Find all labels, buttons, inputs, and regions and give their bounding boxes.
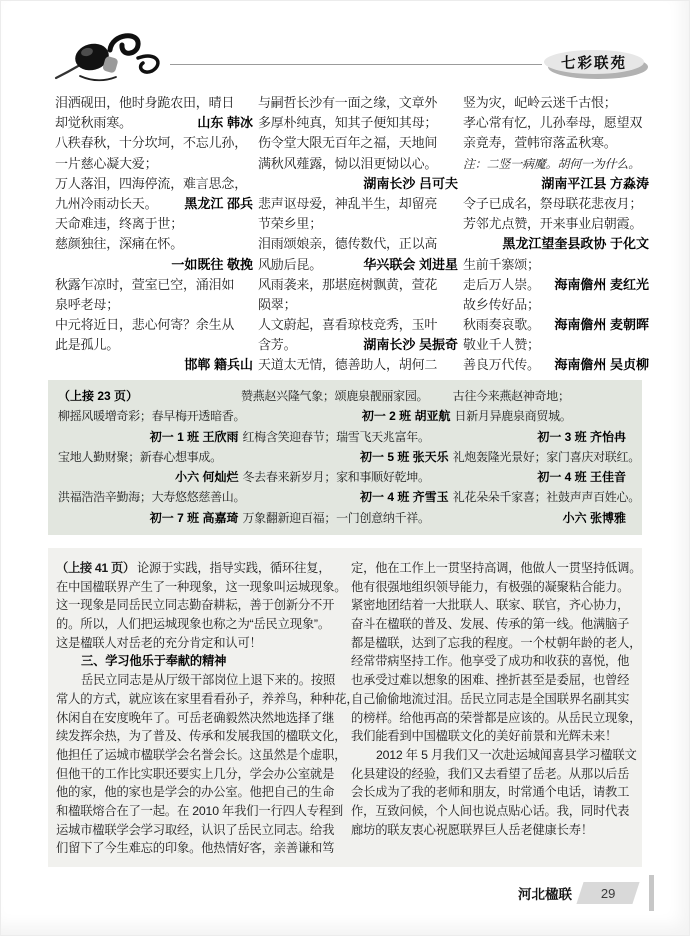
- text-line: 这一现象是同岳民立同志勤奋耕耘，善于创新分不开: [56, 595, 343, 614]
- line-text: 但他干的工作比实职还要实上几分，学会办公室就是: [56, 764, 334, 782]
- line-text: 他担任了运城市楹联学会名誉会长。这虽然是个虚职，: [56, 745, 346, 763]
- green-row: 初一 1 班 王欣雨红梅含笑迎春节；瑞雪飞天兆富年。初一 3 班 齐怡冉: [58, 428, 630, 448]
- text-line: 人文蔚起，喜看琼枝竞秀，玉叶: [258, 315, 458, 335]
- text-line: 与嗣哲长沙有一面之缘，文章外: [258, 93, 458, 113]
- line-text: 中元将近日，悲心何寄？余生从: [55, 315, 234, 335]
- text-line: 天道太无情，德善助人，胡何二: [258, 355, 458, 375]
- text-line: 竖为灾，屺岭云迷千古恨；: [463, 93, 649, 113]
- line-text: 节荣乡里；: [258, 214, 322, 234]
- text-line: 岳民立同志是从厅级干部岗位上退下来的。按照: [56, 670, 343, 689]
- page-number-tab: 29: [576, 882, 639, 904]
- line-text: 风励后昆。: [258, 255, 322, 275]
- text-line: 经常带病坚持工作。他享受了成功和收获的喜悦，他: [351, 651, 638, 670]
- line-text: 的榜样。给他再高的荣誉都是应该的。从岳民立现象，: [351, 708, 641, 726]
- article-box: （上接 41 页） 论源于实践，指导实践，循环往复，在中国楹联界产生了一种现象，…: [48, 548, 642, 867]
- line-text: 慈颜独往，深痛在怀。: [55, 234, 183, 254]
- line-text: 九州冷雨动长天。: [55, 194, 157, 214]
- text-line: 我们能看到中国楹联文化的美好前景和光辉未来！: [351, 726, 638, 745]
- class-attribution: 初一 5 班 张天乐: [239, 448, 453, 465]
- journal-title: 河北楹联: [518, 883, 572, 903]
- line-text: 人文蔚起，喜看琼枝竞秀，玉叶: [258, 315, 437, 335]
- text-line: 常人的方式，就应该在家里看看孙子，养养鸟，种种花，: [56, 689, 343, 708]
- line-text: 天道太无情，德善助人，胡何二: [258, 355, 437, 375]
- text-line: 廊坊的联友衷心祝愿联界巨人岳老健康长寿！: [351, 820, 638, 839]
- line-text: 他有很强地组织领导能力，有极强的凝聚粘合能力。: [351, 577, 629, 595]
- line-text: 奋斗在楹联的普及、发展、传承的第一线。他满脑子: [351, 614, 629, 632]
- line-text: 他的家，他的家也是学会的办公室。他把自己的生命: [56, 782, 334, 800]
- text-line: 风雨袭来，那堪庭树飘黄，萱花: [258, 275, 458, 295]
- section-badge-label: 七彩联苑: [561, 52, 627, 73]
- line-text: 伤令堂大限无百年之福，天地间: [258, 133, 437, 153]
- couplet-column-3: 竖为灾，屺岭云迷千古恨；孝心常有忆，儿孙奉母，愿望双亲竟寿，萱帏帘落孟秋寒。注：…: [463, 93, 649, 376]
- line-text: 化县建设的经验，我们又去看望了岳老。从那以后岳: [351, 764, 629, 782]
- text-line: 慈颜独往，深痛在怀。: [55, 234, 253, 254]
- green-row: 宝地人勤财聚；新春心想事成。初一 5 班 张天乐礼炮轰隆光景好；家门喜庆对联红。: [58, 448, 630, 468]
- text-line: 三、学习他乐于奉献的精神: [56, 651, 343, 670]
- text-line: 他的家，他的家也是学会的办公室。他把自己的生命: [56, 782, 343, 801]
- text-line: 化县建设的经验，我们又去看望了岳老。从那以后岳: [351, 764, 638, 783]
- article-column-left: （上接 41 页） 论源于实践，指导实践，循环往复，在中国楹联界产生了一种现象，…: [56, 558, 343, 857]
- author-attribution: 山东 韩冰: [197, 113, 253, 133]
- text-line: 芳邻尤点赞，开来事业启朝霞。: [463, 214, 649, 234]
- text-line: 会长成为了我的老师和朋友，时常通个电话，请教工: [351, 782, 638, 801]
- text-line: 令子已成名，祭母联花悲夜月；: [463, 194, 649, 214]
- couplet-text: 礼炮轰隆光景好；家门喜庆对联红。: [453, 448, 630, 465]
- line-text: 我们能看到中国楹联文化的美好前景和光辉未来！: [351, 726, 617, 744]
- line-text: 续发挥余热，为了普及、传承和发展我国的楹联文化，: [56, 726, 346, 744]
- couplet-column-1: 泪洒砚田，他时身跪农田，晴日却觉秋雨寒。山东 韩冰八秩春秋，十分坎坷，不忘儿孙，…: [55, 93, 253, 376]
- line-text: 此是孤儿。: [55, 335, 119, 355]
- text-line: 含芳。湖南长沙 吴振奇: [258, 335, 458, 355]
- class-attribution: 初一 3 班 齐怡冉: [451, 428, 630, 445]
- text-line: 却觉秋雨寒。山东 韩冰: [55, 113, 253, 133]
- line-text: 泪洒砚田，他时身跪农田，晴日: [55, 93, 234, 113]
- line-text: 紧密地团结着一大批联人、联家、联官，齐心协力，: [351, 595, 629, 613]
- text-line: 善良万代传。海南儋州 吴贞柳: [463, 355, 649, 375]
- text-line: 他担任了运城市楹联学会名誉会长。这虽然是个虚职，: [56, 745, 343, 764]
- author-attribution: 海南儋州 吴贞柳: [554, 355, 649, 375]
- text-line: 续发挥余热，为了普及、传承和发展我国的楹联文化，: [56, 726, 343, 745]
- line-text: 多厚朴纯真，知其子便知其母；: [258, 113, 437, 133]
- line-text: 论源于实践，指导实践，循环往复，: [137, 558, 331, 576]
- text-line: 但他干的工作比实职还要实上几分，学会办公室就是: [56, 764, 343, 783]
- text-line: 秋雨奏哀歌。海南儋州 麦朝晖: [463, 315, 649, 335]
- line-text: 善良万代传。: [463, 355, 540, 375]
- continued-from-label: （上接 23 页）: [58, 387, 241, 404]
- author-attribution: 湖南平江县 方淼涛: [541, 174, 649, 194]
- text-line: 的榜样。给他再高的荣誉都是应该的。从岳民立现象，: [351, 708, 638, 727]
- text-line: 在中国楹联界产生了一种现象，这一现象叫运城现象。: [56, 577, 343, 596]
- text-line: 们留下了今生难忘的印象。他热情好客，亲善谦和笃: [56, 838, 343, 857]
- text-line: 休闲自在安度晚年了。可岳老确毅然决然地选择了继: [56, 708, 343, 727]
- text-line: 的。所以，人们把运城现象也称之为“岳民立现象”。: [56, 614, 343, 633]
- author-attribution: 海南儋州 麦红光: [554, 275, 649, 295]
- line-text: 廊坊的联友衷心祝愿联界巨人岳老健康长寿！: [351, 820, 593, 838]
- line-text: 这是楹联人对岳老的充分肯定和认可！: [56, 633, 262, 651]
- couplet-text: 红梅含笑迎春节；瑞雪飞天兆富年。: [242, 428, 451, 445]
- line-text: 竖为灾，屺岭云迷千古恨；: [463, 93, 617, 113]
- line-text: 一片慈心凝大爱；: [55, 154, 157, 174]
- class-attribution: 初一 4 班 王佳音: [451, 468, 630, 485]
- line-text: 令子已成名，祭母联花悲夜月；: [463, 194, 642, 214]
- text-line: 走后万人崇。海南儋州 麦红光: [463, 275, 649, 295]
- line-text: 都是楹联，达到了忘我的程度。一个杖朝年龄的老人，: [351, 633, 641, 651]
- author-attribution: 黑龙江望奎县政协 于化文: [502, 234, 649, 254]
- line-text: 陨翠；: [258, 295, 296, 315]
- text-line: 2012 年 5 月我们又一次赴运城闻喜县学习楹联文: [351, 745, 638, 764]
- text-line: 陨翠；: [258, 295, 458, 315]
- line-text: 会长成为了我的老师和朋友，时常通个电话，请教工: [351, 782, 629, 800]
- line-text: 万人落泪，四海停流，难言思念，: [55, 174, 247, 194]
- article-column-right: 定，他在工作上一贯坚持高调，他做人一贯坚持低调。他有很强地组织领导能力，有极强的…: [351, 558, 638, 857]
- class-attribution: 初一 7 班 高嘉琦: [58, 509, 242, 526]
- text-line: 泉呼老母；: [55, 295, 253, 315]
- class-attribution: 初一 2 班 胡亚航: [241, 407, 454, 424]
- student-couplets-box: （上接 23 页）赞燕赵兴隆气象；颂鹿泉靓丽家园。古往今来燕赵神奇地；柳摇风暖增…: [48, 380, 642, 535]
- attribution-line: 黑龙江望奎县政协 于化文: [463, 234, 649, 254]
- line-text: 作，互致问候，个人间也说点贴心话。我，同时代表: [351, 801, 629, 819]
- attribution-line: 湖南长沙 吕可夫: [258, 174, 458, 194]
- footer-edge-bar: [649, 875, 654, 911]
- section-badge: 七彩联苑: [544, 50, 646, 76]
- line-text: 生前千寨颂；: [463, 255, 540, 275]
- line-text: 与嗣哲长沙有一面之缘，文章外: [258, 93, 437, 113]
- continued-from-label: （上接 41 页）: [56, 558, 135, 576]
- line-text: 秋雨奏哀歌。: [463, 315, 540, 335]
- line-text: 定，他在工作上一贯坚持高调，他做人一贯坚持低调。: [351, 558, 641, 576]
- text-line: 也承受过难以想象的困难、挫折甚至是委屈，也曾经: [351, 670, 638, 689]
- line-text: 三、学习他乐于奉献的精神: [81, 651, 226, 669]
- page-number: 29: [601, 886, 615, 901]
- line-text: 们留下了今生难忘的印象。他热情好客，亲善谦和笃: [56, 838, 334, 856]
- text-line: 节荣乡里；: [258, 214, 458, 234]
- text-line: 多厚朴纯真，知其子便知其母；: [258, 113, 458, 133]
- text-line: 九州冷雨动长天。黑龙江 邵兵: [55, 194, 253, 214]
- line-text: 2012 年 5 月我们又一次赴运城闻喜县学习楹联文: [376, 745, 637, 763]
- text-line: 紧密地团结着一大批联人、联家、联官，齐心协力，: [351, 595, 638, 614]
- couplet-text: 万象翻新迎百福；一门创意纳千祥。: [242, 509, 451, 526]
- line-text: 岳民立同志是从厅级干部岗位上退下来的。按照: [81, 670, 335, 688]
- text-line: （上接 41 页） 论源于实践，指导实践，循环往复，: [56, 558, 343, 577]
- text-line: 八秩春秋，十分坎坷，不忘儿孙，: [55, 133, 253, 153]
- line-text: 和楹联熔合在了一起。在 2010 年我们一行四人专程到: [56, 801, 343, 819]
- page-footer: 河北楹联 29: [518, 875, 654, 911]
- text-line: 定，他在工作上一贯坚持高调，他做人一贯坚持低调。: [351, 558, 638, 577]
- author-attribution: 海南儋州 麦朝晖: [554, 315, 649, 335]
- text-line: 风励后昆。华兴联会 刘进星: [258, 255, 458, 275]
- text-line: 敬业千人赞；: [463, 335, 649, 355]
- attribution-line: 湖南平江县 方淼涛: [463, 174, 649, 194]
- text-line: 这是楹联人对岳老的充分肯定和认可！: [56, 633, 343, 652]
- author-attribution: 湖南长沙 吴振奇: [363, 335, 458, 355]
- green-row: （上接 23 页）赞燕赵兴隆气象；颂鹿泉靓丽家园。古往今来燕赵神奇地；: [58, 387, 630, 407]
- text-line: 此是孤儿。: [55, 335, 253, 355]
- couplet-text: 柳摇风暖增奇彩；春早梅开透暗香。: [58, 407, 241, 424]
- text-line: 泪洒砚田，他时身跪农田，晴日: [55, 93, 253, 113]
- line-text: 这一现象是同岳民立同志勤奋耕耘，善于创新分不开: [56, 595, 334, 613]
- couplet-text: 洪福浩浩辛勤海；大寿悠悠慈善山。: [58, 488, 241, 505]
- class-attribution: 初一 4 班 齐雪玉: [241, 488, 453, 505]
- line-text: 注：二竖一病魔。胡何一为什么。: [463, 154, 640, 174]
- floral-ornament-icon: [50, 30, 172, 86]
- line-text: 芳邻尤点赞，开来事业启朝霞。: [463, 214, 642, 234]
- author-attribution: 一如既往 敬挽: [171, 255, 253, 275]
- attribution-line: 一如既往 敬挽: [55, 255, 253, 275]
- line-text: 常人的方式，就应该在家里看看孙子，养养鸟，种种花，: [56, 689, 358, 707]
- couplet-text: 宝地人勤财聚；新春心想事成。: [58, 448, 239, 465]
- text-line: 亲竟寿，萱帏帘落孟秋寒。: [463, 133, 649, 153]
- text-line: 故乡传好品；: [463, 295, 649, 315]
- couplet-column-2: 与嗣哲长沙有一面之缘，文章外多厚朴纯真，知其子便知其母；伤令堂大限无百年之福，天…: [258, 93, 458, 376]
- magazine-page: 七彩联苑 泪洒砚田，他时身跪农田，晴日却觉秋雨寒。山东 韩冰八秩春秋，十分坎坷，…: [0, 0, 690, 936]
- line-text: 却觉秋雨寒。: [55, 113, 132, 133]
- line-text: 孝心常有忆，儿孙奉母，愿望双: [463, 113, 642, 133]
- couplet-text: 赞燕赵兴隆气象；颂鹿泉靓丽家园。: [241, 387, 453, 404]
- green-row: 初一 7 班 高嘉琦万象翻新迎百福；一门创意纳千祥。小六 张博雅: [58, 509, 630, 529]
- line-text: 运城市楹联学会学习取经，认识了岳民立同志。给我: [56, 820, 334, 838]
- author-attribution: 华兴联会 刘进星: [363, 255, 458, 275]
- text-line: 生前千寨颂；: [463, 255, 649, 275]
- green-row: 洪福浩浩辛勤海；大寿悠悠慈善山。初一 4 班 齐雪玉礼花朵朵千家喜；社鼓声声百姓…: [58, 488, 630, 508]
- line-text: 也承受过难以想象的困难、挫折甚至是委屈，也曾经: [351, 670, 629, 688]
- text-line: 他有很强地组织领导能力，有极强的凝聚粘合能力。: [351, 577, 638, 596]
- class-attribution: 小六 张博雅: [451, 509, 630, 526]
- green-row: 柳摇风暖增奇彩；春早梅开透暗香。初一 2 班 胡亚航日新月异鹿泉商贸城。: [58, 407, 630, 427]
- couplet-text: 日新月异鹿泉商贸城。: [455, 407, 631, 424]
- author-attribution: 黑龙江 邵兵: [184, 194, 253, 214]
- line-text: 悲声讴母爱，神乱半生，却留亮: [258, 194, 437, 214]
- text-line: 和楹联熔合在了一起。在 2010 年我们一行四人专程到: [56, 801, 343, 820]
- green-row: 小六 何灿烂冬去春来新岁月；家和事顺好乾坤。初一 4 班 王佳音: [58, 468, 630, 488]
- line-text: 故乡传好品；: [463, 295, 540, 315]
- text-line: 运城市楹联学会学习取经，认识了岳民立同志。给我: [56, 820, 343, 839]
- text-line: 悲声讴母爱，神乱半生，却留亮: [258, 194, 458, 214]
- text-line: 奋斗在楹联的普及、发展、传承的第一线。他满脑子: [351, 614, 638, 633]
- line-text: 经常带病坚持工作。他享受了成功和收获的喜悦，他: [351, 651, 629, 669]
- couplet-section: 泪洒砚田，他时身跪农田，晴日却觉秋雨寒。山东 韩冰八秩春秋，十分坎坷，不忘儿孙，…: [55, 93, 649, 376]
- text-line: 泪雨颂娘亲，德传数代，正以高: [258, 234, 458, 254]
- text-line: 秋露乍凉时，萱室已空，涌泪如: [55, 275, 253, 295]
- line-text: 秋露乍凉时，萱室已空，涌泪如: [55, 275, 234, 295]
- couplet-text: 冬去春来新岁月；家和事顺好乾坤。: [242, 468, 451, 485]
- text-line: 注：二竖一病魔。胡何一为什么。: [463, 154, 649, 174]
- line-text: 自己偷偷地流过泪。岳民立同志是全国联界名副其实: [351, 689, 629, 707]
- author-attribution: 湖南长沙 吕可夫: [363, 174, 458, 194]
- line-text: 休闲自在安度晚年了。可岳老确毅然决然地选择了继: [56, 708, 334, 726]
- class-attribution: 小六 何灿烂: [58, 468, 242, 485]
- line-text: 的。所以，人们把运城现象也称之为“岳民立现象”。: [56, 614, 330, 632]
- text-line: 作，互致问候，个人间也说点贴心话。我，同时代表: [351, 801, 638, 820]
- line-text: 在中国楹联界产生了一种现象，这一现象叫运城现象。: [56, 577, 346, 595]
- header-rule: [170, 64, 542, 65]
- line-text: 风雨袭来，那堪庭树飘黄，萱花: [258, 275, 437, 295]
- text-line: 都是楹联，达到了忘我的程度。一个杖朝年龄的老人，: [351, 633, 638, 652]
- text-line: 伤令堂大限无百年之福，天地间: [258, 133, 458, 153]
- line-text: 泪雨颂娘亲，德传数代，正以高: [258, 234, 437, 254]
- couplet-text: 古往今来燕赵神奇地；: [453, 387, 630, 404]
- line-text: 天命难违，终离于世；: [55, 214, 183, 234]
- text-line: 天命难违，终离于世；: [55, 214, 253, 234]
- line-text: 泉呼老母；: [55, 295, 119, 315]
- line-text: 满秋风薤露，恸以泪更恸以心。: [258, 154, 437, 174]
- attribution-line: 邯郸 籍兵山: [55, 355, 253, 375]
- line-text: 含芳。: [258, 335, 296, 355]
- line-text: 走后万人崇。: [463, 275, 540, 295]
- text-line: 满秋风薤露，恸以泪更恸以心。: [258, 154, 458, 174]
- line-text: 敬业千人赞；: [463, 335, 540, 355]
- line-text: 亲竟寿，萱帏帘落孟秋寒。: [463, 133, 617, 153]
- line-text: 八秩春秋，十分坎坷，不忘儿孙，: [55, 133, 247, 153]
- author-attribution: 邯郸 籍兵山: [184, 355, 253, 375]
- text-line: 自己偷偷地流过泪。岳民立同志是全国联界名副其实: [351, 689, 638, 708]
- text-line: 一片慈心凝大爱；: [55, 154, 253, 174]
- text-line: 孝心常有忆，儿孙奉母，愿望双: [463, 113, 649, 133]
- class-attribution: 初一 1 班 王欣雨: [58, 428, 242, 445]
- badge-face: 七彩联苑: [544, 50, 644, 74]
- text-line: 中元将近日，悲心何寄？余生从: [55, 315, 253, 335]
- text-line: 万人落泪，四海停流，难言思念，: [55, 174, 253, 194]
- couplet-text: 礼花朵朵千家喜；社鼓声声百姓心。: [453, 488, 630, 505]
